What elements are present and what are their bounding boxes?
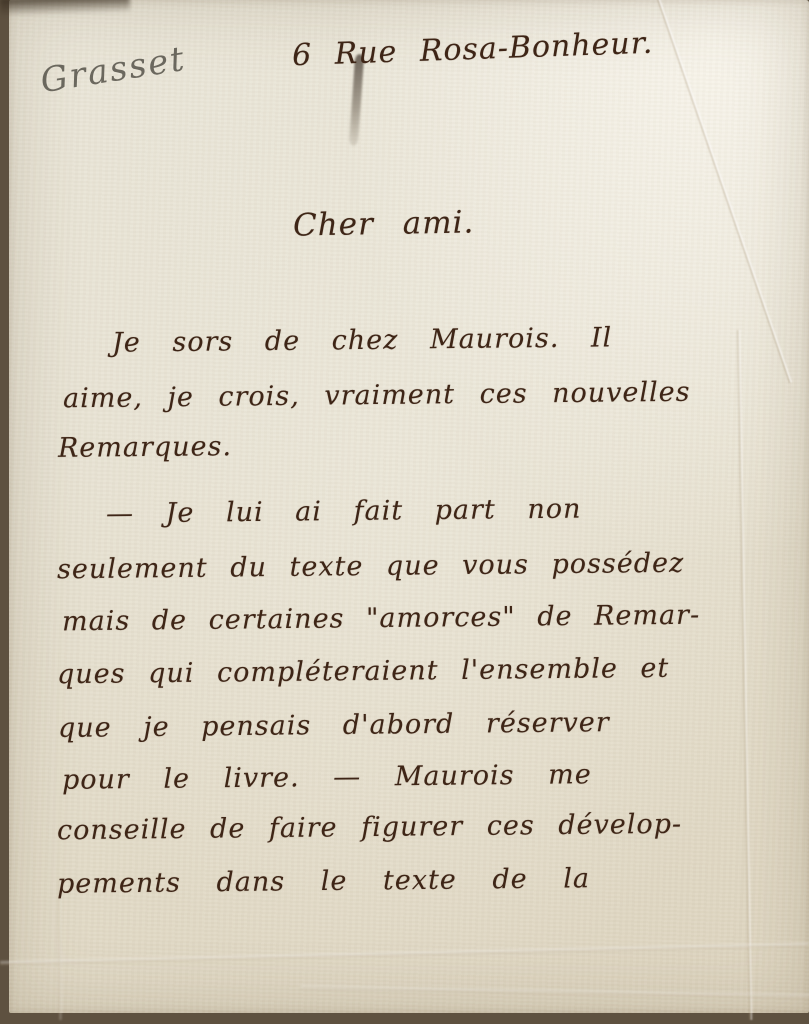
handwritten-line: Je sors de chez Maurois. Il: [112, 322, 613, 358]
handwritten-line: ques qui compléteraient l'ensemble et: [57, 653, 670, 690]
handwritten-line: — Je lui ai fait part non: [106, 494, 582, 530]
handwritten-line: aime, je crois, vraiment ces nouvelles: [63, 377, 691, 415]
handwritten-line: pour le livre. — Maurois me: [62, 759, 592, 796]
handwritten-line: seulement du texte que vous possédez: [57, 548, 685, 586]
handwritten-line: Remarques.: [58, 431, 232, 464]
letter-photo: Grasset 6 Rue Rosa-Bonheur. Cher ami. Je…: [0, 0, 809, 1024]
handwritten-line: pements dans le texte de la: [57, 863, 590, 900]
handwritten-line: que je pensais d'abord réserver: [58, 707, 610, 744]
salutation: Cher ami.: [293, 204, 475, 243]
handwritten-line: conseille de faire figurer ces dévelop-: [57, 809, 682, 847]
